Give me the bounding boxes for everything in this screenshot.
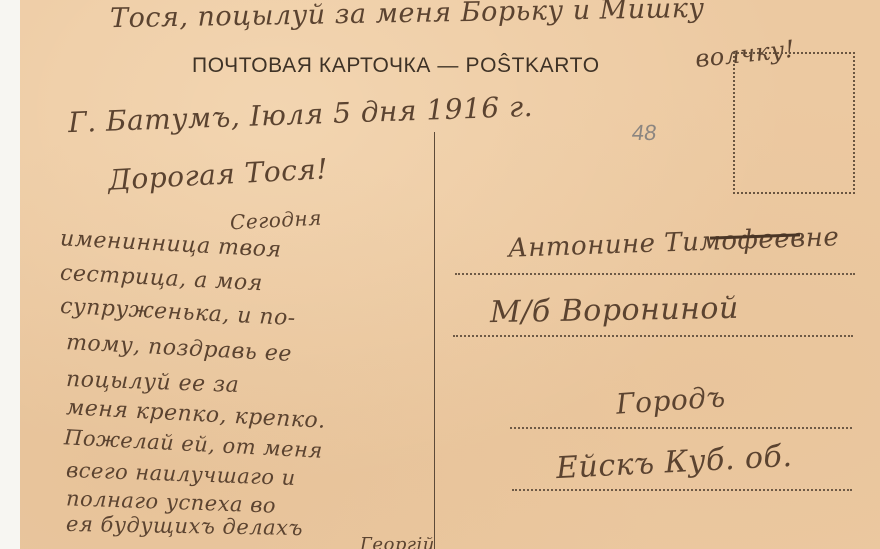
message-line: Сегодня [229, 206, 322, 235]
message-line: всего наилучшаго и [66, 458, 296, 490]
signature: Георгій [360, 534, 435, 549]
message-line: ея будущихъ делахъ [66, 512, 303, 540]
center-divider [434, 132, 435, 549]
address-rule-3 [510, 427, 852, 429]
message-line: сестрица, а моя [59, 261, 263, 297]
address-line-4: Ейскъ Куб. об. [555, 439, 793, 486]
printed-header: ПОЧТОВАЯ КАРТОЧКА — POŜTKARTO [192, 54, 600, 78]
message-line: тому, поздравь ее [66, 330, 293, 367]
stamp-box [733, 52, 855, 194]
address-line-1: Антонине Тимофеевне [508, 222, 840, 264]
message-line: поцылуй ее за [66, 367, 240, 398]
address-rule-4 [512, 489, 852, 491]
pencil-mark: 48 [630, 120, 658, 146]
place-date: Г. Батумъ, Іюля 5 дня 1916 г. [68, 90, 534, 139]
postcard: Тося, поцылуй за меня Борьку и Мишку ПОЧ… [20, 0, 880, 549]
address-rule-1 [455, 273, 855, 275]
top-margin-note: Тося, поцылуй за меня Борьку и Мишку [110, 0, 705, 34]
address-rule-2 [453, 335, 853, 337]
address-line-2: М/б Ворониной [490, 291, 739, 330]
greeting: Дорогая Тося! [107, 152, 329, 196]
address-line-3: Городъ [615, 380, 727, 421]
message-line: супруженька, и по- [60, 294, 297, 331]
